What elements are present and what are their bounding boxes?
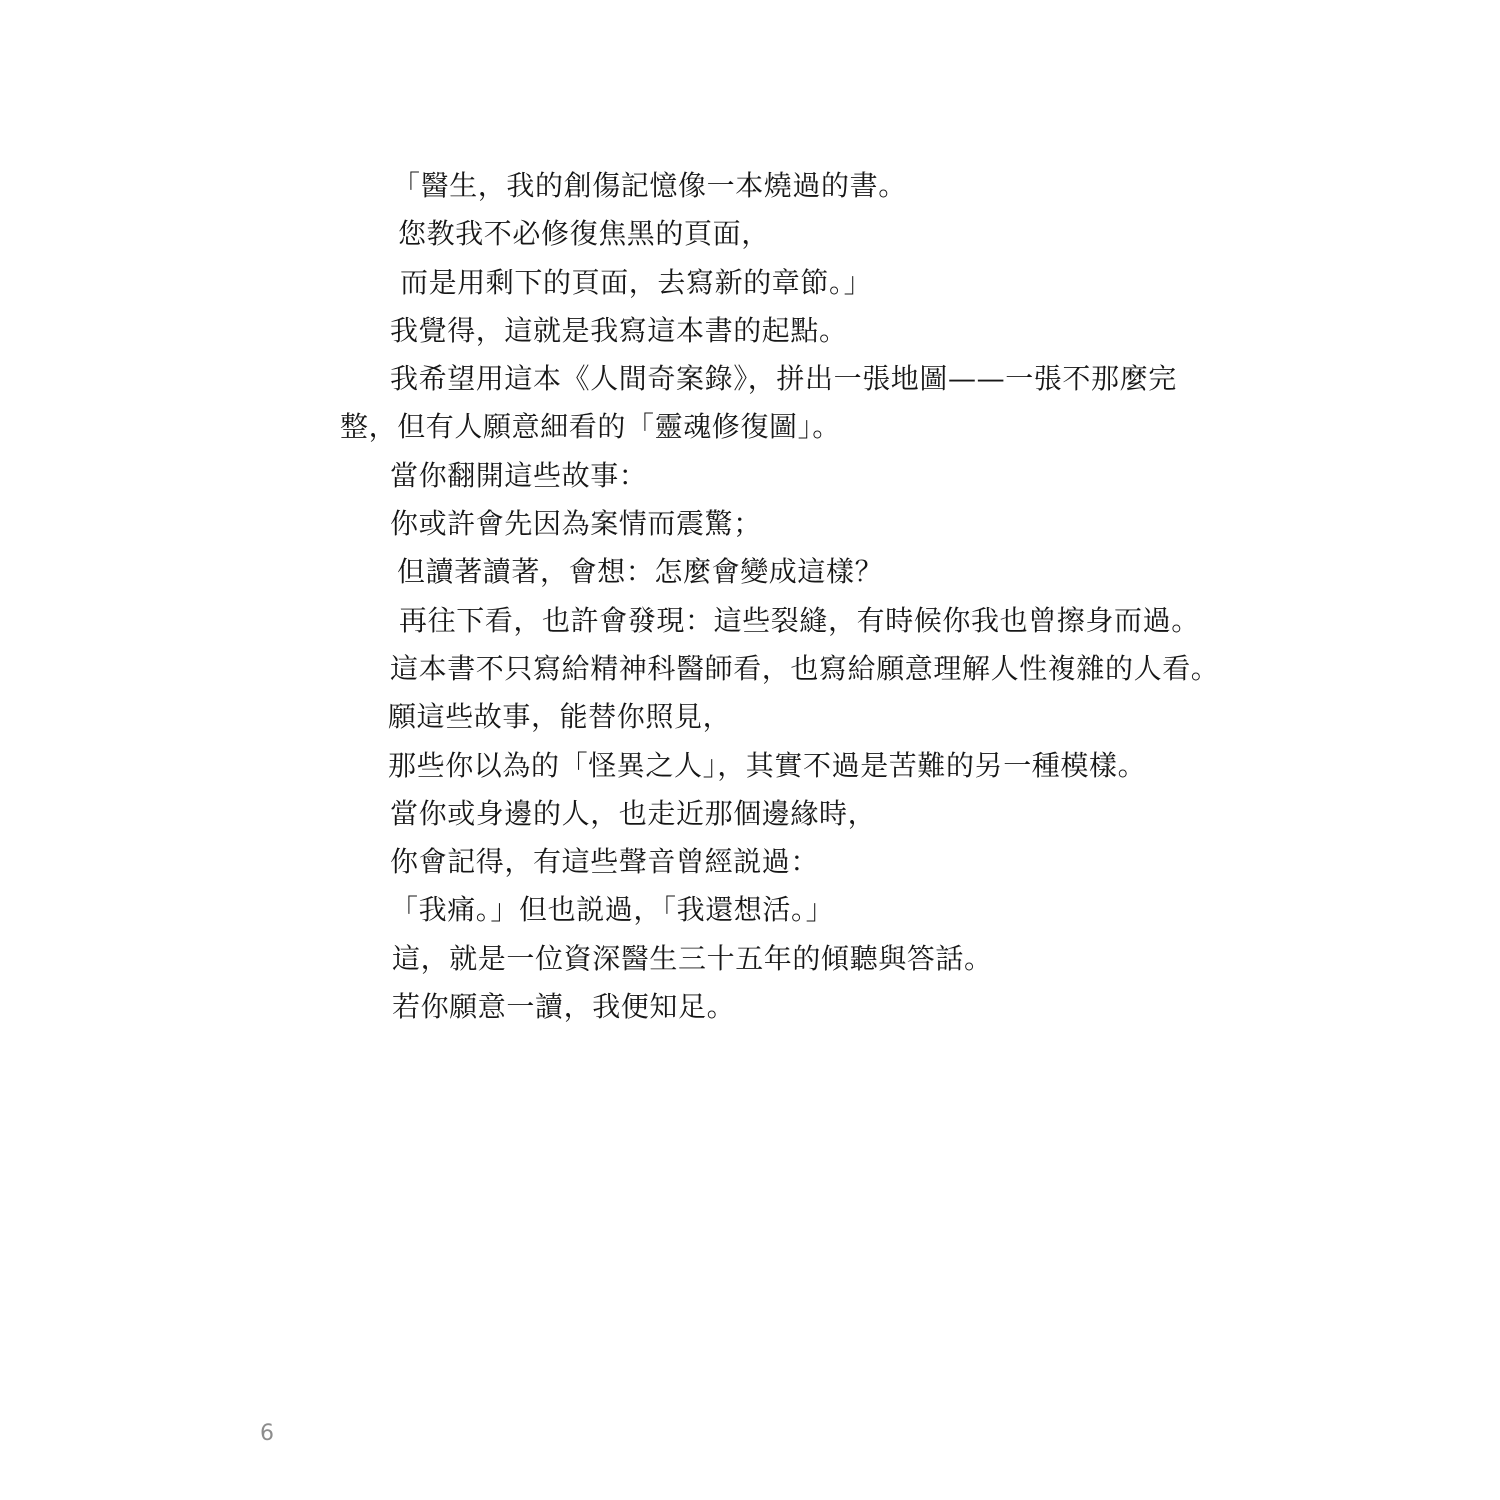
text-line: 再往下看，也許會發現：這些裂縫，有時候你我也曾擦身而過。 (340, 597, 1200, 645)
text-line: 而是用剩下的頁面，去寫新的章節。」 (340, 259, 1200, 307)
body-text-block: 「醫生，我的創傷記憶像一本燒過的書。您教我不必修復焦黑的頁面，而是用剩下的頁面，… (340, 162, 1200, 1031)
text-line: 當你或身邊的人，也走近那個邊緣時， (340, 790, 1200, 838)
text-line: 我希望用這本《人間奇案錄》，拼出一張地圖——一張不那麼完 (340, 355, 1200, 403)
text-line: 我覺得，這就是我寫這本書的起點。 (340, 307, 1200, 355)
text-line: 當你翻開這些故事： (340, 452, 1200, 500)
text-line: 您教我不必修復焦黑的頁面， (340, 210, 1200, 258)
text-line: 但讀著讀著，會想：怎麼會變成這樣？ (340, 548, 1200, 596)
text-line: 「醫生，我的創傷記憶像一本燒過的書。 (340, 162, 1200, 210)
text-line: 這本書不只寫給精神科醫師看，也寫給願意理解人性複雜的人看。 (340, 645, 1200, 693)
text-line: 整，但有人願意細看的「靈魂修復圖」。 (340, 403, 1200, 451)
text-line: 你或許會先因為案情而震驚； (340, 500, 1200, 548)
text-line: 你會記得，有這些聲音曾經説過： (340, 838, 1200, 886)
text-line: 那些你以為的「怪異之人」，其實不過是苦難的另一種模樣。 (340, 742, 1200, 790)
text-line: 願這些故事，能替你照見， (340, 693, 1200, 741)
text-line: 這，就是一位資深醫生三十五年的傾聽與答話。 (340, 935, 1200, 983)
document-page: 「醫生，我的創傷記憶像一本燒過的書。您教我不必修復焦黑的頁面，而是用剩下的頁面，… (0, 0, 1500, 1500)
text-line: 「我痛。」但也説過，「我還想活。」 (340, 886, 1200, 934)
text-line: 若你願意一讀，我便知足。 (340, 983, 1200, 1031)
page-number: 6 (260, 1420, 274, 1448)
